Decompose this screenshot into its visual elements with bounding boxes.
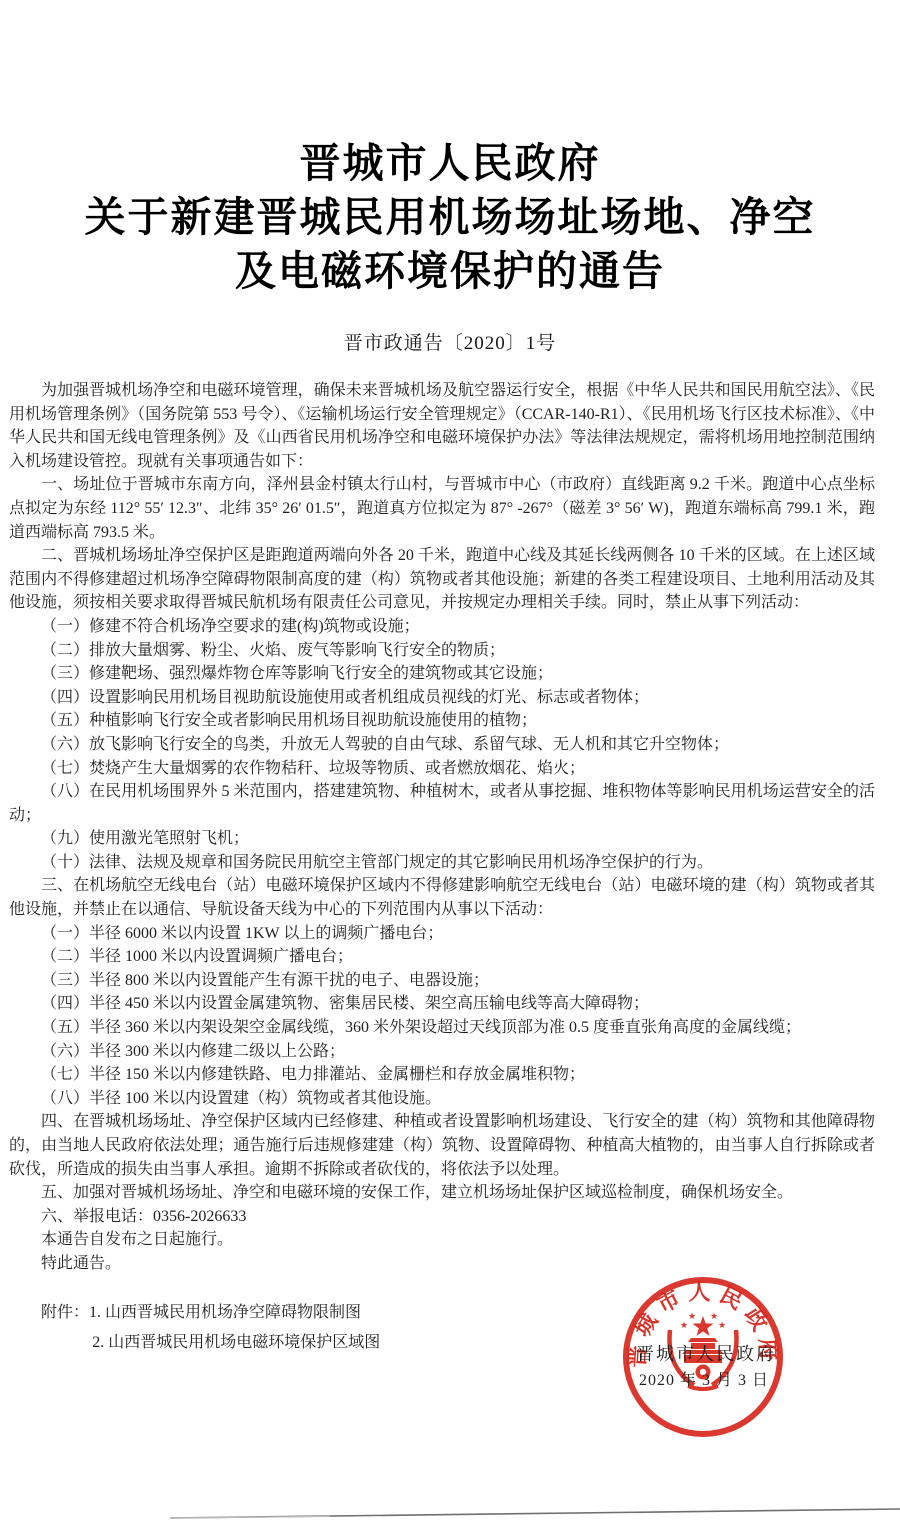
- paragraph: （三）修建靶场、强烈爆炸物仓库等影响飞行安全的建筑物或其它设施；: [9, 662, 875, 686]
- paragraph: （一）半径 6000 米以内设置 1KW 以上的调频广播电台；: [9, 922, 875, 946]
- document-title: 晋城市人民政府 关于新建晋城民用机场场址场地、净空 及电磁环境保护的通告: [0, 0, 900, 298]
- paragraph: 本通告自发布之日起施行。: [9, 1228, 875, 1252]
- svg-text:★: ★: [710, 1311, 718, 1321]
- doc-number: 晋市政通告〔2020〕1号: [0, 328, 900, 355]
- paragraph: （四）设置影响民用机场目视助航设施使用或者机组成员视线的灯光、标志或者物体；: [9, 686, 875, 710]
- svg-text:★: ★: [688, 1311, 696, 1321]
- paragraph: （六）半径 300 米以内修建二级以上公路；: [9, 1040, 875, 1064]
- paragraph: 为加强晋城机场净空和电磁环境管理，确保未来晋城机场及航空器运行安全，根据《中华人…: [9, 379, 875, 473]
- title-line-3: 及电磁环境保护的通告: [0, 244, 900, 298]
- paragraph: （三）半径 800 米以内设置能产生有源干扰的电子、电器设施；: [9, 969, 875, 993]
- paragraph: 二、晋城机场场址净空保护区是距跑道两端向外各 20 千米，跑道中心线及其延长线两…: [9, 544, 875, 615]
- title-line-2: 关于新建晋城民用机场场址场地、净空: [0, 190, 900, 244]
- paragraph: （十）法律、法规及规章和国务院民用航空主管部门规定的其它影响民用机场净空保护的行…: [9, 851, 875, 875]
- paragraph: 三、在机场航空无线电台（站）电磁环境保护区域内不得修建影响航空无线电台（站）电磁…: [9, 874, 875, 921]
- paragraph: （八）半径 100 米以内设置建（构）筑物或者其他设施。: [9, 1087, 875, 1111]
- paragraph: （六）放飞影响飞行安全的鸟类，升放无人驾驶的自由气球、系留气球、无人机和其它升空…: [9, 733, 875, 757]
- paragraph: （八）在民用机场围界外 5 米范围内，搭建建筑物、种植树木，或者从事挖掘、堆积物…: [9, 780, 875, 827]
- paragraph: 五、加强对晋城机场场址、净空和电磁环境的安保工作，建立机场场址保护区域巡检制度，…: [9, 1181, 875, 1205]
- paragraph: （九）使用激光笔照射飞机；: [9, 827, 875, 851]
- paragraph: 四、在晋城机场场址、净空保护区域内已经修建、种植或者设置影响机场建设、飞行安全的…: [9, 1110, 875, 1181]
- seal-date-text: 2020 年 3 月 3 日: [616, 1367, 792, 1390]
- paragraph: （四）半径 450 米以内设置金属建筑物、密集居民楼、架空高压输电线等高大障碍物…: [9, 992, 875, 1016]
- paragraph: （二）排放大量烟雾、粉尘、火焰、废气等影响飞行安全的物质；: [9, 639, 875, 663]
- paragraph: （一）修建不符合机场净空要求的建(构)筑物或设施；: [9, 615, 875, 639]
- paragraph: （七）半径 150 米以内修建铁路、电力排灌站、金属栅栏和存放金属堆积物；: [9, 1063, 875, 1087]
- scan-artifact-line: [0, 1498, 900, 1534]
- seal-issuer-text: 晋城市人民政府: [628, 1340, 784, 1366]
- paragraph: 六、举报电话：0356-2026633: [9, 1205, 875, 1229]
- svg-text:★: ★: [718, 1320, 726, 1330]
- title-line-1: 晋城市人民政府: [0, 136, 900, 190]
- paragraph: （五）种植影响飞行安全或者影响民用机场目视助航设施使用的植物；: [9, 709, 875, 733]
- paragraph: 一、场址位于晋城市东南方向，泽州县金村镇太行山村，与晋城市中心（市政府）直线距离…: [9, 473, 875, 544]
- paragraph: （五）半径 360 米以内架设架空金属线缆，360 米外架设超过天线顶部为准 0…: [9, 1016, 875, 1040]
- body-text: 为加强晋城机场净空和电磁环境管理，确保未来晋城机场及航空器运行安全，根据《中华人…: [0, 379, 900, 1276]
- svg-text:★: ★: [680, 1320, 688, 1330]
- paragraph: （二）半径 1000 米以内设置调频广播电台；: [9, 945, 875, 969]
- document-page: 晋城市人民政府 关于新建晋城民用机场场址场地、净空 及电磁环境保护的通告 晋市政…: [0, 0, 900, 1534]
- paragraph: （七）焚烧产生大量烟雾的农作物秸秆、垃圾等物质、或者燃放烟花、焰火；: [9, 757, 875, 781]
